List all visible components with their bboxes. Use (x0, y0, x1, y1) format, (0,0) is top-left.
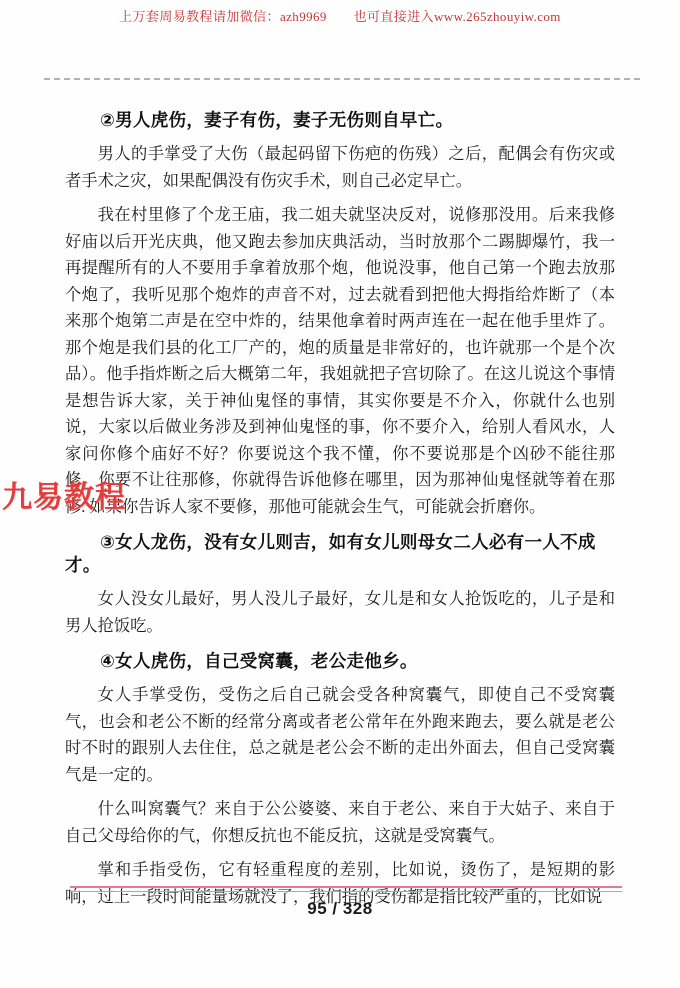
body-paragraph: 女人没女儿最好，男人没儿子最好，女儿是和女人抢饭吃的，儿子是和男人抢饭吃。 (65, 586, 615, 639)
header-dashed-separator (44, 78, 640, 80)
body-paragraph: 我在村里修了个龙王庙，我二姐夫就坚决反对，说修那没用。后来我修好庙以后开光庆典，… (65, 202, 615, 520)
page-number: 95 / 328 (0, 899, 680, 919)
section-heading-3: ③女人龙伤，没有女儿则吉，如有女儿则母女二人必有一人不成才。 (65, 531, 615, 577)
section-heading-2: ②男人虎伤，妻子有伤，妻子无伤则自早亡。 (65, 109, 615, 132)
footer-double-rule (70, 886, 622, 892)
document-content: ②男人虎伤，妻子有伤，妻子无伤则自早亡。 男人的手掌受了大伤（最起码留下伤疤的伤… (65, 98, 615, 918)
body-paragraph: 什么叫窝囊气？来自于公公婆婆、来自于老公、来自于大姑子、来自于自己父母给你的气，… (65, 796, 615, 849)
body-paragraph: 女人手掌受伤，受伤之后自己就会受各种窝囊气，即使自己不受窝囊气，也会和老公不断的… (65, 682, 615, 788)
header-promo-text: 上万套周易教程请加微信：azh9969 也可直接进入www.265zhouyiw… (0, 6, 680, 25)
section-heading-4: ④女人虎伤，自己受窝囊，老公走他乡。 (65, 650, 615, 673)
document-page: 上万套周易教程请加微信：azh9969 也可直接进入www.265zhouyiw… (0, 0, 680, 988)
red-watermark-text: 九易教程 (2, 472, 126, 516)
body-paragraph: 男人的手掌受了大伤（最起码留下伤疤的伤残）之后，配偶会有伤灾或者手术之灾，如果配… (65, 141, 615, 194)
